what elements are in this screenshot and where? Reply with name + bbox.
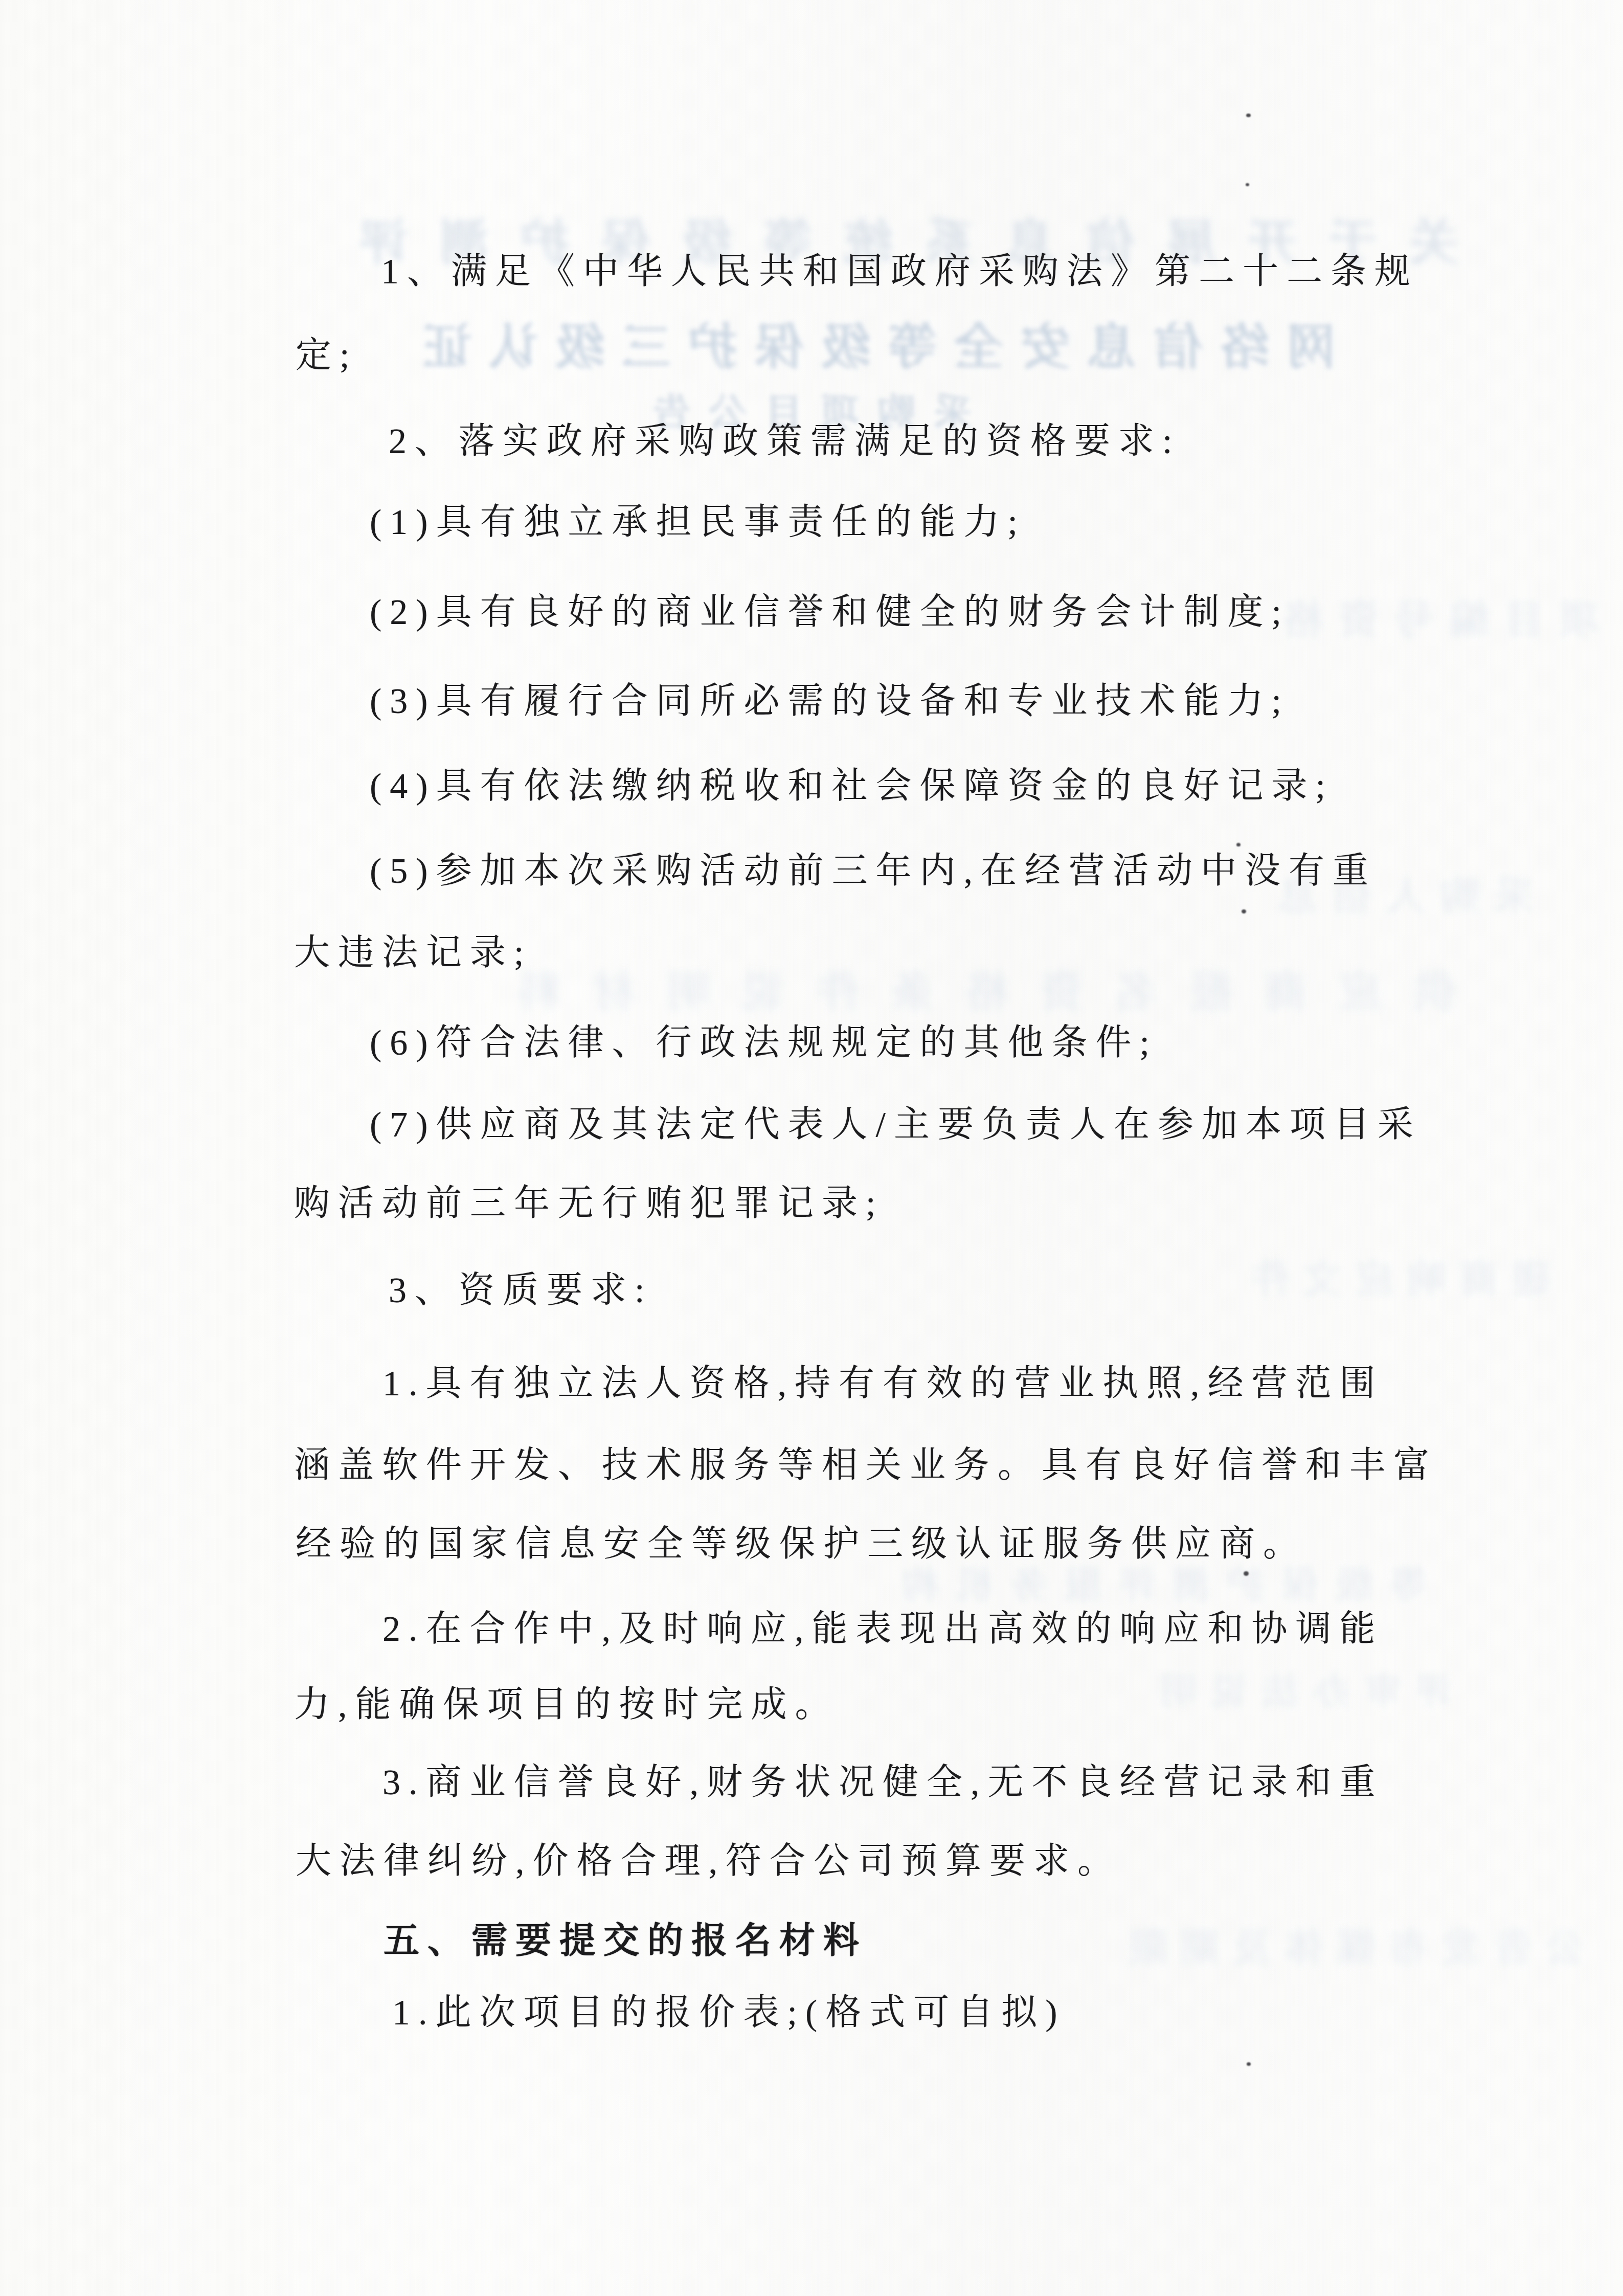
doc-line-09: 大违法记录;	[294, 933, 532, 974]
doc-line-19: 3.商业信誉良好,财务状况健全,无不良经营记录和重	[382, 1763, 1384, 1803]
scan-speck	[1247, 2062, 1251, 2066]
bleedthrough-ghost: 项目编号资格	[1268, 588, 1599, 645]
doc-line-18: 力,能确保项目的按时完成。	[294, 1685, 839, 1726]
doc-heading-submission-materials: 五、需要提交的报名材料	[384, 1921, 867, 1962]
doc-line-10: (6)符合法律、行政法规规定的其他条件;	[370, 1023, 1158, 1064]
scan-speck	[1244, 1571, 1249, 1576]
doc-line-08: (5)参加本次采购活动前三年内,在经营活动中没有重	[370, 851, 1377, 892]
scan-speck	[1236, 843, 1241, 846]
scanned-document-page: 关于开展信息系统等级保护测评 网络信息安全等级保护三级认证 采购项目公告 项目编…	[0, 0, 1623, 2296]
bleedthrough-ghost: 评审办法说明	[1145, 1661, 1452, 1714]
doc-line-15: 涵盖软件开发、技术服务等相关业务。具有良好信誉和丰富	[294, 1445, 1437, 1486]
doc-line-16: 经验的国家信息安全等级保护三级认证服务供应商。	[296, 1524, 1307, 1565]
doc-line-22: 1.此次项目的报价表;(格式可自拟)	[392, 1993, 1066, 2034]
scan-speck	[1246, 183, 1249, 186]
doc-line-05: (2)具有良好的商业信誉和健全的财务会计制度;	[370, 592, 1290, 633]
doc-line-07: (4)具有依法缴纳税收和社会保障资金的良好记录;	[370, 766, 1334, 807]
doc-line-01: 1、满足《中华人民共和国政府采购法》第二十二条规	[381, 252, 1418, 293]
scan-speck	[1242, 909, 1246, 913]
bleedthrough-ghost: 磋商响应文件	[1237, 1248, 1550, 1304]
doc-line-14: 1.具有独立法人资格,持有有效的营业执照,经营范围	[382, 1364, 1384, 1405]
bleedthrough-ghost: 供应商报名资格条件说明材料	[486, 957, 1456, 1019]
doc-line-03: 2、落实政府采购政策需满足的资格要求:	[389, 421, 1180, 462]
doc-line-20: 大法律纠纷,价格合理,符合公司预算要求。	[296, 1841, 1121, 1882]
doc-line-11: (7)供应商及其法定代表人/主要负责人在参加本项目采	[370, 1105, 1422, 1146]
bleedthrough-ghost: 网络信息安全等级保护三级认证	[405, 308, 1336, 378]
doc-line-06: (3)具有履行合同所必需的设备和专业技术能力;	[370, 681, 1290, 722]
doc-line-12: 购活动前三年无行贿犯罪记录;	[294, 1184, 884, 1224]
bleedthrough-ghost: 公告发布媒体及期限	[1115, 1917, 1584, 1973]
doc-line-13: 3、资质要求:	[389, 1270, 652, 1311]
doc-line-04: (1)具有独立承担民事责任的能力;	[370, 502, 1026, 543]
doc-line-02: 定;	[296, 336, 357, 376]
scan-speck	[1246, 114, 1251, 117]
doc-line-17: 2.在合作中,及时响应,能表现出高效的响应和协调能	[382, 1609, 1384, 1650]
